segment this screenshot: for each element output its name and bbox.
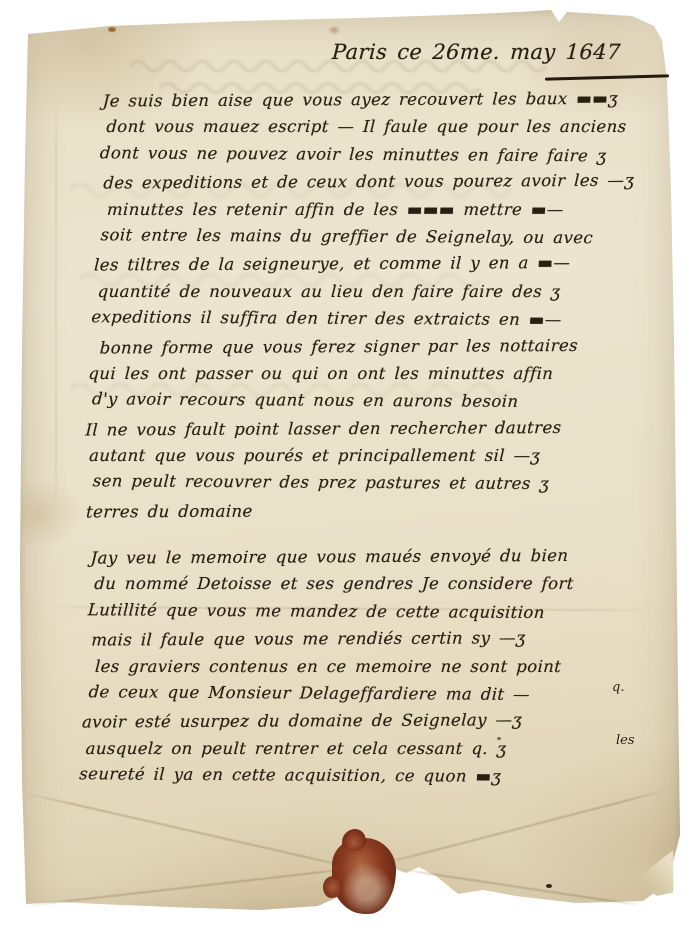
ink-speck <box>108 27 116 32</box>
letter-line: minuttes les retenir affin de les ▬▬▬ me… <box>106 196 662 223</box>
letter-line: Il ne vous fault point lasser den recher… <box>85 413 651 443</box>
letter-line: du nommé Detoisse et ses gendres Je cons… <box>94 570 665 597</box>
letter-line: mais il faule que vous me rendiés certin… <box>91 624 662 654</box>
dateline: Paris ce 26me. may 1647 <box>331 40 621 64</box>
fold-crease-vertical <box>55 91 57 521</box>
letter-line: de ceux que Monsieur Delageffardiere ma … <box>88 678 659 709</box>
letter-line: Jay veu le memoire que vous maués envoyé… <box>90 541 666 571</box>
letter-line: dont vous mauez escript — Il faule que p… <box>106 113 667 140</box>
letter-line: seureté il ya en cette acquisition, ce q… <box>79 760 655 791</box>
letter-line: avoir esté usurpez du domaine de Seignel… <box>81 706 657 736</box>
letter-line: les graviers contenus en ce memoire ne s… <box>94 653 660 680</box>
paragraph-1: Je suis bien aise que vous ayez recouver… <box>81 86 669 524</box>
letter-line: ausquelz on peult rentrer et cela cessan… <box>85 735 656 762</box>
ink-speck <box>497 737 501 740</box>
letter-line: qui les ont passer ou qui on ont les min… <box>88 360 654 387</box>
wax-seal <box>332 838 396 914</box>
letter-line: Je suis bien aise que vous ayez recouver… <box>102 85 668 115</box>
letter-line: quantité de nouveaux au lieu den faire f… <box>97 278 658 305</box>
letter-line: sen peult recouvrer des prez pastures et… <box>92 468 648 499</box>
letter-line: terres du domaine <box>86 495 647 525</box>
interlinear-insertion-q: q. <box>612 680 624 695</box>
letter-line: les tiltres de la seigneurye, et comme i… <box>93 249 659 279</box>
interlinear-insertion-les: les <box>616 733 635 748</box>
letter-line: dont vous ne pouvez avoir les minuttes e… <box>99 139 665 170</box>
letter-line: d'y avoir recours quant nous en aurons b… <box>91 386 652 417</box>
photo-background: Paris ce 26me. may 1647 Je suis bien ais… <box>0 0 700 945</box>
letter-line: Lutillité que vous me mandez de cette ac… <box>87 596 663 627</box>
letter-line: soit entre les mains du greffier de Seig… <box>100 221 661 252</box>
ink-speck <box>546 884 552 888</box>
letter-line: bonne forme que vous ferez signer par le… <box>99 331 655 361</box>
paragraph-2: Jay veu le memoire que vous maués envoyé… <box>79 543 667 790</box>
letter-line: expeditions il suffira den tirer des ext… <box>91 303 657 334</box>
letter-line: des expeditions et de ceux dont vous pou… <box>103 167 664 197</box>
letter-line: autant que vous pourés et principallemen… <box>88 442 649 469</box>
